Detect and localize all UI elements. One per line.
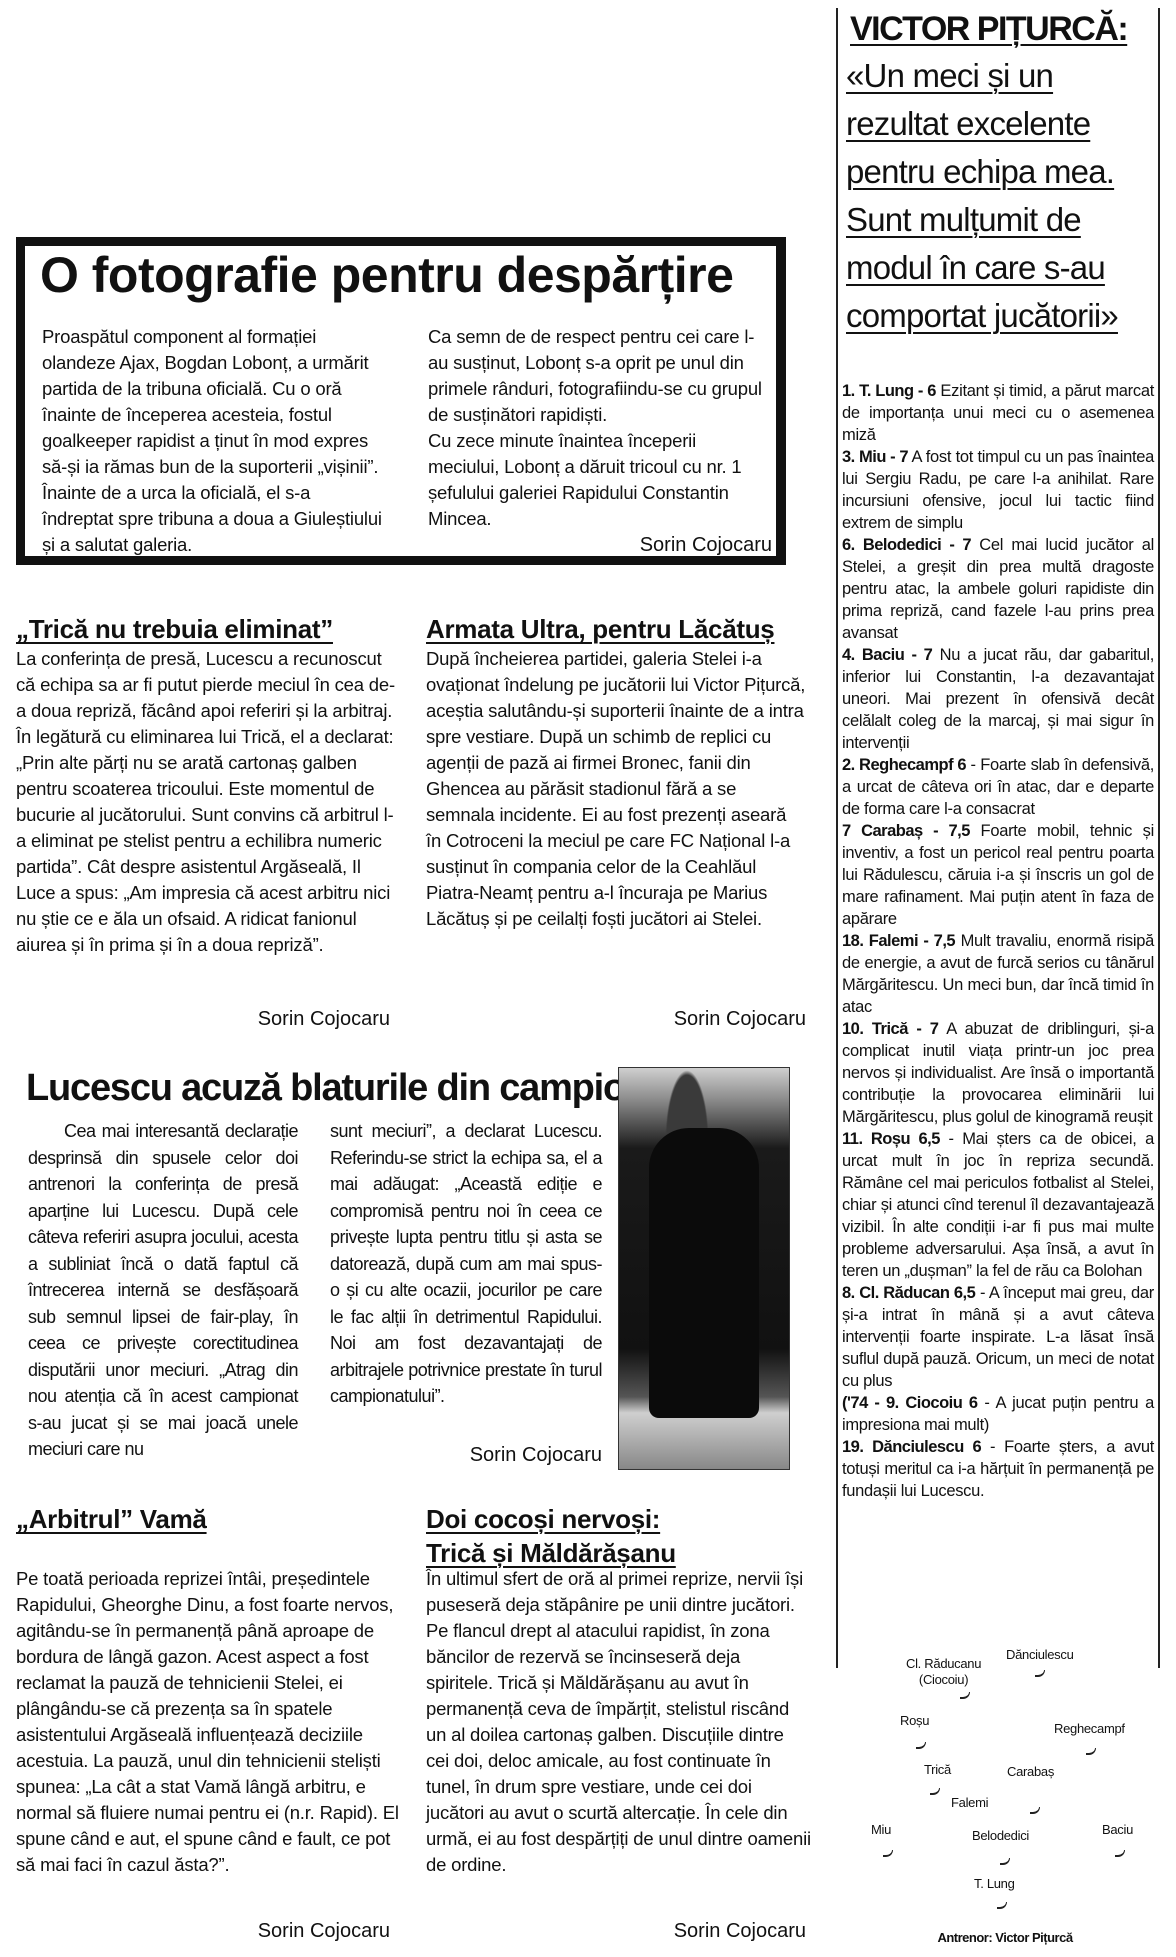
player-rating: 8. Cl. Răducan 6,5 - A început mai greu,… xyxy=(842,1282,1154,1392)
formation-player: T. Lung xyxy=(974,1876,1015,1892)
player-rating: ('74 - 9. Ciocoiu 6 - A jucat puțin pent… xyxy=(842,1392,1154,1436)
headline-line: Trică și Măldărășanu xyxy=(426,1536,786,1570)
trica-article-body: La conferința de presă, Lucescu a recuno… xyxy=(16,646,396,958)
author-byline: Sorin Cojocaru xyxy=(200,1008,390,1031)
article-paragraph: sunt meciuri”, a declarat Lucescu. Refer… xyxy=(330,1118,602,1410)
player-name-grade: 1. T. Lung - 6 xyxy=(842,382,936,400)
author-byline: Sorin Cojocaru xyxy=(610,1920,806,1943)
boxed-article-column-1: Proaspătul component al formației olande… xyxy=(42,324,382,558)
formation-player: Baciu xyxy=(1102,1822,1133,1838)
author-byline: Sorin Cojocaru xyxy=(200,1920,390,1943)
author-byline: Sorin Cojocaru xyxy=(610,1008,806,1031)
player-marker-icon xyxy=(930,1788,940,1795)
player-marker-icon xyxy=(883,1850,893,1857)
lucescu-article-column-1: Cea mai interesantă declarație desprinsă… xyxy=(28,1118,298,1463)
player-name-grade: 8. Cl. Răducan 6,5 xyxy=(842,1284,975,1302)
ultra-article-body: După încheierea partidei, galeria Stelei… xyxy=(426,646,806,932)
headline-line: Doi cocoși nervoși: xyxy=(426,1502,786,1536)
player-name-grade: 18. Falemi - 7,5 xyxy=(842,932,955,950)
formation-player: Roșu xyxy=(900,1713,929,1729)
doi-article-headline: Doi cocoși nervoși: Trică și Măldărășanu xyxy=(426,1502,786,1570)
vama-article-body: Pe toată perioada reprizei întâi, președ… xyxy=(16,1566,406,1878)
photo-figure xyxy=(649,1128,759,1418)
player-marker-icon xyxy=(1000,1858,1010,1865)
coach-label: Antrenor: Victor Pițurcă xyxy=(905,1930,1105,1945)
player-label: Cl. Răducanu xyxy=(906,1656,981,1672)
boxed-article-paragraph: Cu zece minute înaintea începerii meciul… xyxy=(428,428,768,532)
player-rating: 3. Miu - 7 A fost tot timpul cu un pas î… xyxy=(842,446,1154,534)
boxed-article-title: O fotografie pentru despărțire xyxy=(40,245,733,305)
player-sub-label: (Ciocoiu) xyxy=(906,1672,981,1688)
player-rating: 11. Roșu 6,5 - Mai șters ca de obicei, a… xyxy=(842,1128,1154,1282)
player-rating: 4. Baciu - 7 Nu a jucat rău, dar gabarit… xyxy=(842,644,1154,754)
player-name-grade: ('74 - 9. Ciocoiu 6 xyxy=(842,1394,978,1412)
sidebar-quote: «Un meci și un rezultat excelente pentru… xyxy=(846,52,1156,340)
rating-text: - Mai șters ca de obicei, a urcat mult î… xyxy=(842,1130,1154,1280)
player-name-grade: 11. Roșu 6,5 xyxy=(842,1130,940,1148)
article-paragraph: După încheierea partidei, galeria Stelei… xyxy=(426,646,806,932)
player-name-grade: 19. Dănciulescu 6 xyxy=(842,1438,981,1456)
player-name-grade: 4. Baciu - 7 xyxy=(842,646,932,664)
formation-player: Falemi xyxy=(951,1795,988,1811)
formation-player: Trică xyxy=(924,1762,951,1778)
player-marker-icon xyxy=(997,1902,1007,1909)
player-marker-icon xyxy=(1035,1670,1045,1677)
article-paragraph: Pe toată perioada reprizei întâi, președ… xyxy=(16,1566,406,1878)
player-rating: 18. Falemi - 7,5 Mult travaliu, enormă r… xyxy=(842,930,1154,1018)
formation-player: Miu xyxy=(871,1822,891,1838)
player-ratings-list: 1. T. Lung - 6 Ezitant și timid, a părut… xyxy=(842,380,1154,1502)
sidebar-title: VICTOR PIȚURCĂ: xyxy=(850,8,1127,50)
player-rating: 1. T. Lung - 6 Ezitant și timid, a părut… xyxy=(842,380,1154,446)
player-name-grade: 3. Miu - 7 xyxy=(842,448,908,466)
player-marker-icon xyxy=(1115,1850,1125,1857)
doi-article-body: În ultimul sfert de oră al primei repriz… xyxy=(426,1566,811,1878)
author-byline: Sorin Cojocaru xyxy=(600,534,772,557)
lucescu-photo xyxy=(618,1067,790,1470)
boxed-article-paragraph: Ca semn de de respect pentru cei care l-… xyxy=(428,324,768,428)
lucescu-article-column-2: sunt meciuri”, a declarat Lucescu. Refer… xyxy=(330,1118,602,1410)
player-name-grade: 7 Carabaș - 7,5 xyxy=(842,822,970,840)
player-marker-icon xyxy=(1086,1748,1096,1755)
boxed-article-paragraph: Proaspătul component al formației olande… xyxy=(42,324,382,558)
formation-player: Belodedici xyxy=(972,1828,1029,1844)
boxed-article-column-2: Ca semn de de respect pentru cei care l-… xyxy=(428,324,768,532)
player-rating: 10. Trică - 7 A abuzat de driblinguri, ș… xyxy=(842,1018,1154,1128)
player-marker-icon xyxy=(1030,1807,1040,1814)
player-marker-icon xyxy=(960,1692,970,1699)
formation-player: Dănciulescu xyxy=(1006,1647,1074,1663)
player-name-grade: 6. Belodedici - 7 xyxy=(842,536,971,554)
trica-article-headline: „Trică nu trebuia eliminat” xyxy=(16,612,346,646)
formation-player: Carabaș xyxy=(1007,1764,1054,1780)
article-paragraph: Cea mai interesantă declarație desprinsă… xyxy=(28,1118,298,1463)
author-byline: Sorin Cojocaru xyxy=(420,1444,602,1467)
player-rating: 7 Carabaș - 7,5 Foarte mobil, tehnic și … xyxy=(842,820,1154,930)
lucescu-article-title: Lucescu acuză blaturile din campionat xyxy=(26,1066,678,1110)
article-paragraph: La conferința de presă, Lucescu a recuno… xyxy=(16,646,396,958)
player-name-grade: 2. Reghecampf 6 xyxy=(842,756,966,774)
ultra-article-headline: Armata Ultra, pentru Lăcătuș xyxy=(426,612,806,646)
vama-article-headline: „Arbitrul” Vamă xyxy=(16,1502,316,1536)
player-marker-icon xyxy=(916,1742,926,1749)
player-rating: 6. Belodedici - 7 Cel mai lucid jucător … xyxy=(842,534,1154,644)
player-rating: 2. Reghecampf 6 - Foarte slab în defensi… xyxy=(842,754,1154,820)
player-name-grade: 10. Trică - 7 xyxy=(842,1020,938,1038)
article-paragraph: În ultimul sfert de oră al primei repriz… xyxy=(426,1566,811,1878)
formation-player: Reghecampf xyxy=(1054,1721,1125,1737)
player-rating: 19. Dănciulescu 6 - Foarte șters, a avut… xyxy=(842,1436,1154,1502)
formation-player: Cl. Răducanu (Ciocoiu) xyxy=(906,1656,981,1688)
